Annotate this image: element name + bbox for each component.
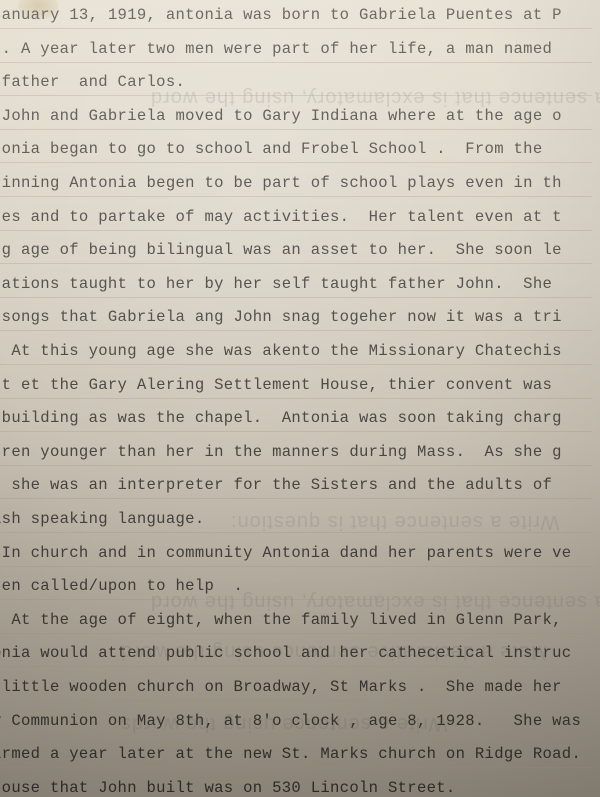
paper-rule-line xyxy=(0,431,592,432)
paper-rule-line xyxy=(0,330,592,331)
paper-rule-line xyxy=(0,700,592,701)
text-line: onia would attend public school and her … xyxy=(0,644,571,662)
text-line: dren younger than her in the manners dur… xyxy=(0,443,562,461)
paper-rule-line xyxy=(0,398,592,399)
paper-rule-line xyxy=(0,230,592,231)
text-line: irmed a year later at the new St. Marks … xyxy=(0,745,581,763)
paper-rule-line xyxy=(0,465,592,466)
text-line: ht et the Gary Alering Settlement House,… xyxy=(0,376,552,394)
paper-rule-line xyxy=(0,263,592,264)
paper-rule-line xyxy=(0,162,592,163)
paper-rule-line xyxy=(0,599,592,600)
text-line: ish speaking language. xyxy=(0,510,204,528)
text-line: father and Carlos. xyxy=(0,73,185,91)
paper-rule-line xyxy=(0,666,592,667)
paper-rule-line xyxy=(0,62,592,63)
text-line: house that John built was on 530 Lincoln… xyxy=(0,779,456,797)
bleed-line: Mute a sentence that is exclamatory, usi… xyxy=(150,86,600,109)
text-line: songs that Gabriela ang John snag togehe… xyxy=(0,308,562,326)
text-line: tations taught to her by her self taught… xyxy=(0,275,552,293)
text-line: little wooden church on Broadway, St Mar… xyxy=(0,678,562,696)
paper-rule-line xyxy=(0,734,592,735)
text-line: building as was the chapel. Antonia was … xyxy=(0,409,562,427)
paper-rule-line xyxy=(0,532,592,533)
paper-rule-line xyxy=(0,129,592,130)
paper-rule-line xyxy=(0,498,592,499)
paper-rule-line xyxy=(0,364,592,365)
text-line: des and to partake of may activities. He… xyxy=(0,208,562,226)
text-line: r she was an interpreter for the Sisters… xyxy=(0,476,552,494)
paper-rule-line xyxy=(0,28,592,29)
text-line: January 13, 1919, antonia was born to Ga… xyxy=(0,6,562,24)
text-line: John and Gabriela moved to Gary Indiana … xyxy=(0,107,562,125)
text-line: At this young age she was akento the Mis… xyxy=(0,342,562,360)
paper-rule-line xyxy=(0,95,592,96)
paper-rule-line xyxy=(0,767,592,768)
text-line: At the age of eight, when the family liv… xyxy=(0,611,562,629)
text-line: y Communion on May 8th, at 8'o clock , a… xyxy=(0,712,581,730)
text-line: ten called/upon to help . xyxy=(0,577,243,595)
text-line: s. A year later two men were part of her… xyxy=(0,40,552,58)
text-line: ginning Antonia begen to be part of scho… xyxy=(0,174,562,192)
paper-rule-line xyxy=(0,196,592,197)
paper-rule-line xyxy=(0,297,592,298)
bleed-line: Write a sentence that is question: xyxy=(230,510,559,533)
text-line: tonia began to go to school and Frobel S… xyxy=(0,140,543,158)
paper-rule-line xyxy=(0,633,592,634)
text-line: In church and in community Antonia dand … xyxy=(0,544,571,562)
paper-rule-line xyxy=(0,566,592,567)
text-line: ng age of being bilingual was an asset t… xyxy=(0,241,562,259)
